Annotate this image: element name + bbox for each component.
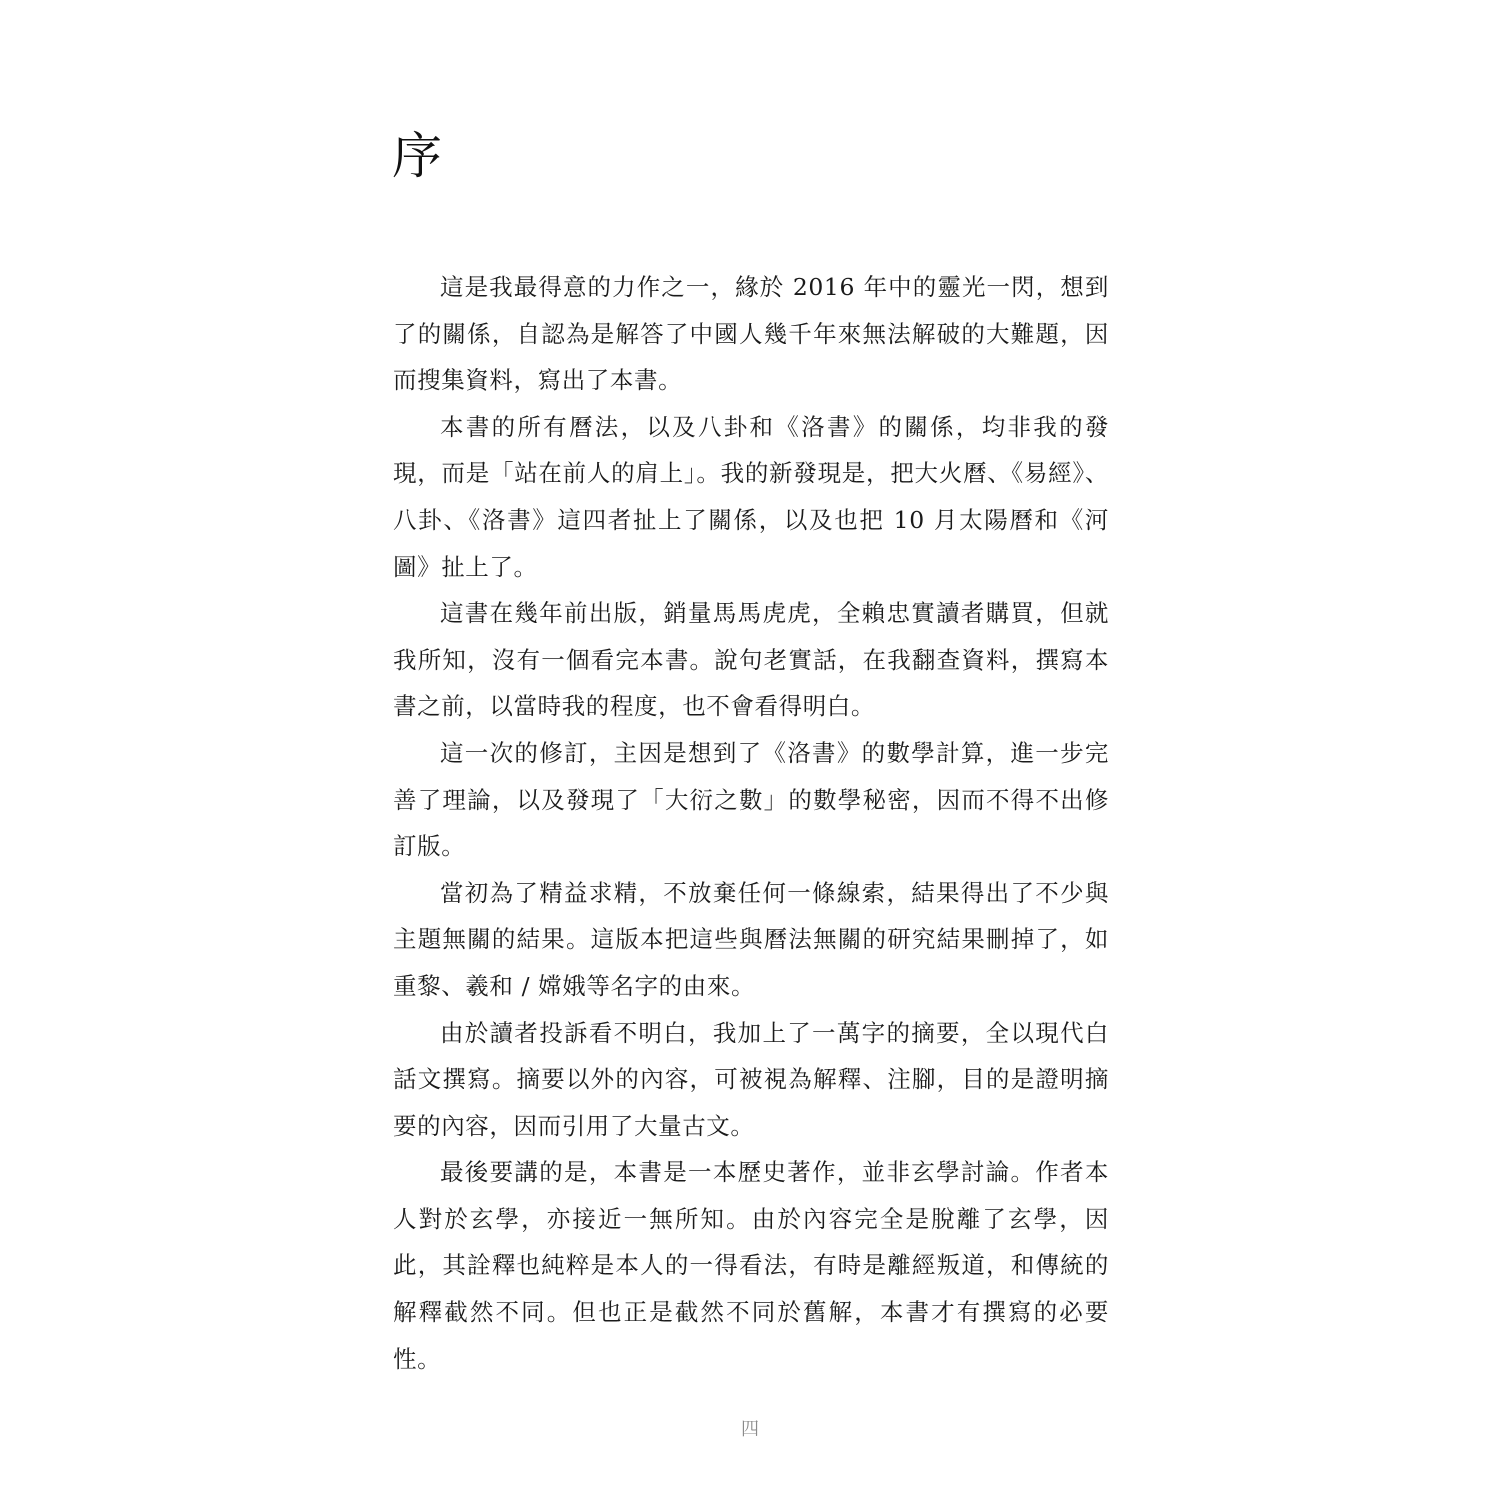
preface-body: 這是我最得意的力作之一，緣於 2016 年中的靈光一閃，想到了的關係，自認為是解… xyxy=(393,264,1109,1382)
paragraph-2: 本書的所有曆法，以及八卦和《洛書》的關係，均非我的發現，而是「站在前人的肩上」。… xyxy=(393,404,1109,590)
paragraph-6: 由於讀者投訴看不明白，我加上了一萬字的摘要，全以現代白話文撰寫。摘要以外的內容，… xyxy=(393,1010,1109,1150)
paragraph-5: 當初為了精益求精，不放棄任何一條線索，結果得出了不少與主題無關的結果。這版本把這… xyxy=(393,870,1109,1010)
paragraph-3: 這書在幾年前出版，銷量馬馬虎虎，全賴忠實讀者購買，但就我所知，沒有一個看完本書。… xyxy=(393,590,1109,730)
paragraph-4: 這一次的修訂，主因是想到了《洛書》的數學計算，進一步完善了理論，以及發現了「大衍… xyxy=(393,730,1109,870)
page-number: 四 xyxy=(0,1418,1500,1442)
page-title: 序 xyxy=(392,126,442,186)
paragraph-7: 最後要講的是，本書是一本歷史著作，並非玄學討論。作者本人對於玄學，亦接近一無所知… xyxy=(393,1149,1109,1382)
paragraph-1: 這是我最得意的力作之一，緣於 2016 年中的靈光一閃，想到了的關係，自認為是解… xyxy=(393,264,1109,404)
